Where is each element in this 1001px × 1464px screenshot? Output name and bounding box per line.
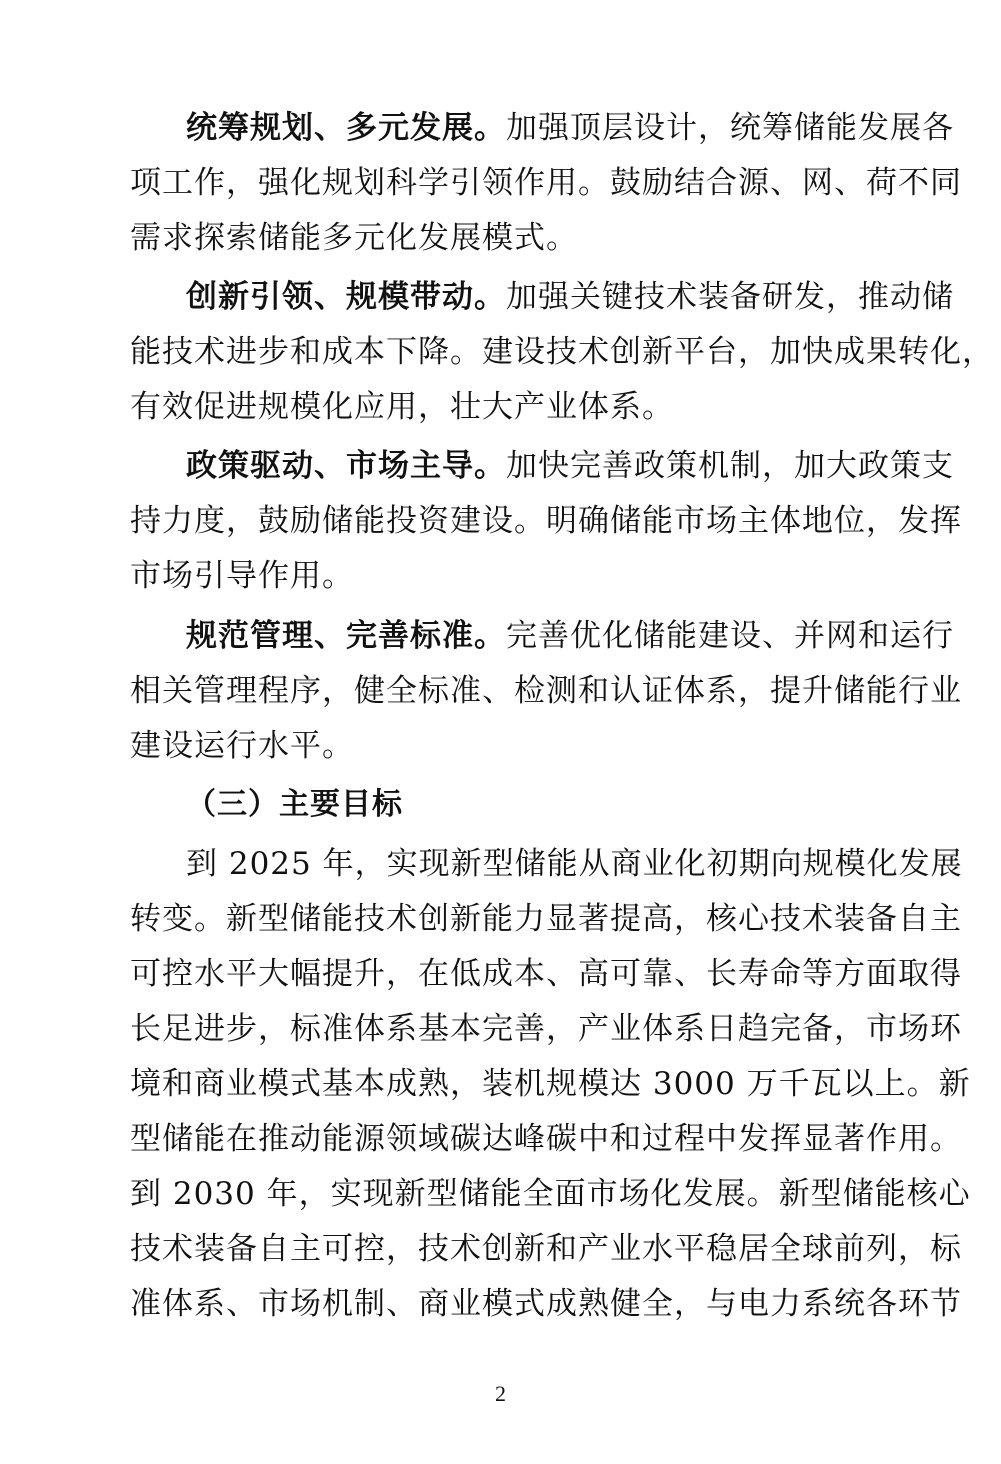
paragraph-3-line-3: 市场引导作用。	[130, 554, 879, 598]
paragraph-3-text: 加快完善政策机制，加大政策支	[506, 448, 954, 484]
paragraph-4-text: 完善优化储能建设、并网和运行	[506, 618, 954, 654]
goals-line-6: 型储能在推动能源领域碳达峰碳中和过程中发挥显著作用。	[130, 1117, 879, 1161]
paragraph-4-line-1: 规范管理、完善标准。完善优化储能建设、并网和运行	[186, 614, 879, 658]
paragraph-2-text: 加强关键技术装备研发，推动储	[506, 279, 954, 315]
paragraph-2-line-3: 有效促进规模化应用，壮大产业体系。	[130, 385, 879, 429]
paragraph-2-bold-lead: 创新引领、规模带动。	[186, 279, 506, 315]
page-number: 2	[0, 1381, 1001, 1407]
goals-line-1: 到 2025 年，实现新型储能从商业化初期向规模化发展	[186, 842, 879, 886]
paragraph-1-line-1: 统筹规划、多元发展。加强顶层设计，统筹储能发展各	[186, 106, 879, 150]
section-heading: （三）主要目标	[186, 783, 403, 827]
paragraph-2-line-1: 创新引领、规模带动。加强关键技术装备研发，推动储	[186, 275, 879, 319]
paragraph-3-bold-lead: 政策驱动、市场主导。	[186, 448, 506, 484]
goals-line-4: 长足进步，标准体系基本完善，产业体系日趋完备，市场环	[130, 1007, 879, 1051]
paragraph-1-text: 加强顶层设计，统筹储能发展各	[506, 110, 954, 146]
paragraph-4-line-2: 相关管理程序，健全标准、检测和认证体系，提升储能行业	[130, 669, 879, 713]
paragraph-4-line-3: 建设运行水平。	[130, 724, 879, 768]
goals-line-5: 境和商业模式基本成熟，装机规模达 3000 万千瓦以上。新	[130, 1062, 879, 1106]
goals-line-9: 准体系、市场机制、商业模式成熟健全，与电力系统各环节	[130, 1282, 879, 1326]
document-page: 统筹规划、多元发展。加强顶层设计，统筹储能发展各 项工作，强化规划科学引领作用。…	[0, 0, 1001, 1464]
paragraph-3-line-2: 持力度，鼓励储能投资建设。明确储能市场主体地位，发挥	[130, 499, 879, 543]
goals-line-8: 技术装备自主可控，技术创新和产业水平稳居全球前列，标	[130, 1227, 879, 1271]
paragraph-1-bold-lead: 统筹规划、多元发展。	[186, 110, 506, 146]
paragraph-3-line-1: 政策驱动、市场主导。加快完善政策机制，加大政策支	[186, 444, 879, 488]
goals-line-2: 转变。新型储能技术创新能力显著提高，核心技术装备自主	[130, 897, 879, 941]
paragraph-1-line-2: 项工作，强化规划科学引领作用。鼓励结合源、网、荷不同	[130, 161, 879, 205]
paragraph-4-bold-lead: 规范管理、完善标准。	[186, 618, 506, 654]
goals-line-7: 到 2030 年，实现新型储能全面市场化发展。新型储能核心	[130, 1172, 879, 1216]
paragraph-1-line-3: 需求探索储能多元化发展模式。	[130, 216, 879, 260]
goals-line-3: 可控水平大幅提升，在低成本、高可靠、长寿命等方面取得	[130, 952, 879, 996]
paragraph-2-line-2: 能技术进步和成本下降。建设技术创新平台，加快成果转化，	[130, 330, 879, 374]
